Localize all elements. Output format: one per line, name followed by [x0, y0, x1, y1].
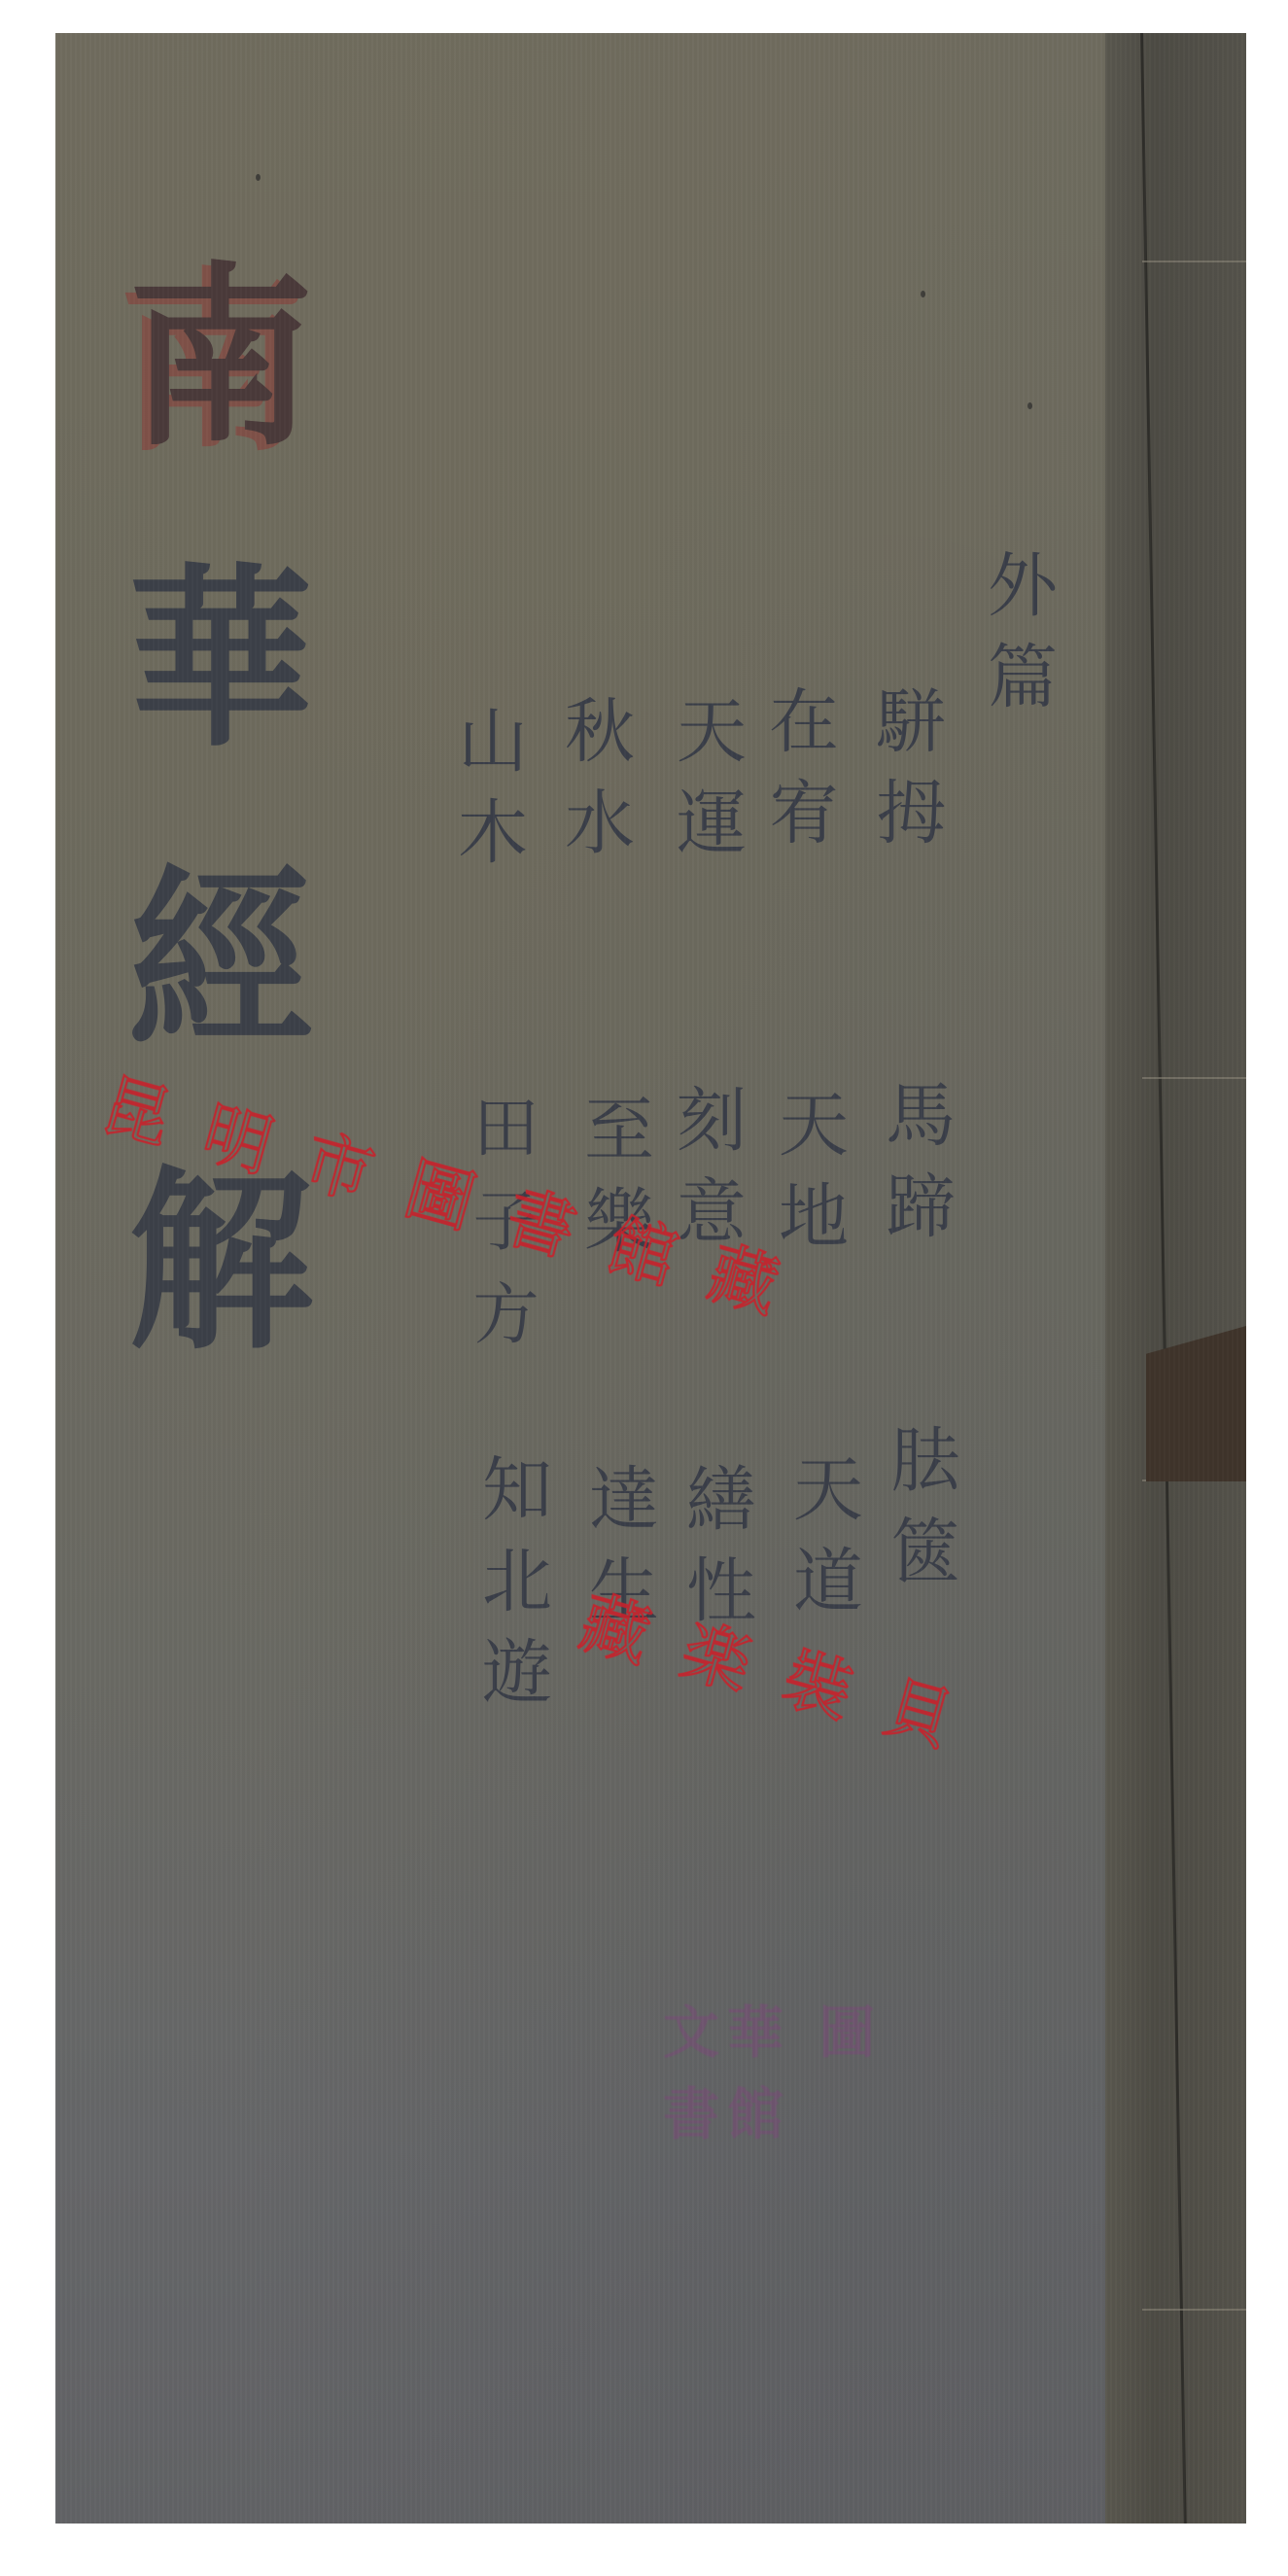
binding-thread [1142, 2309, 1246, 2311]
chapter-title: 在宥 [763, 684, 833, 867]
section-label: 外篇 [982, 548, 1052, 731]
book-spine [1105, 33, 1246, 2524]
title-char: 南 [115, 208, 328, 509]
binding-thread [1142, 1077, 1246, 1079]
ink-speck [921, 291, 925, 297]
chapter-title: 駢拇 [870, 684, 940, 867]
chapter-title: 胠篋 [885, 1423, 955, 1606]
chapter-title: 馬蹄 [880, 1078, 950, 1261]
ink-speck [256, 174, 261, 181]
binding-thread [1142, 261, 1246, 262]
chapter-title: 秋水 [559, 694, 629, 877]
chapter-title: 山木 [452, 704, 522, 887]
chapter-title: 天運 [671, 694, 741, 877]
ink-speck [1027, 402, 1032, 409]
purple-ownership-stamp: 文華 圖書館 [663, 1987, 945, 2108]
chapter-title: 知北遊 [476, 1452, 546, 1726]
book-title: 南 華 經 解 [109, 208, 332, 1413]
title-char: 華 [115, 509, 328, 811]
